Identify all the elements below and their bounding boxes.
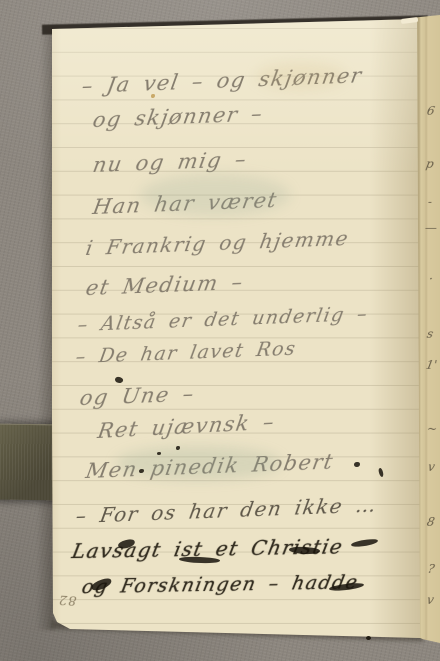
- facing-page-mark: v: [426, 593, 435, 607]
- smudge: [140, 174, 290, 216]
- manuscript-line: og Une –: [78, 381, 197, 410]
- facing-page-mark: 8: [426, 515, 436, 529]
- manuscript-line: Ret ujævnsk –: [96, 409, 277, 443]
- manuscript-line: og skjønner –: [91, 101, 265, 132]
- facing-page-mark: p: [425, 157, 435, 171]
- facing-page-mark: ~: [426, 422, 439, 436]
- facing-page-mark: ?: [427, 562, 436, 576]
- manuscript-line: et Medium –: [84, 270, 246, 300]
- manuscript-line: i Frankrig og hjemme: [84, 226, 351, 260]
- ink-blot: [114, 376, 124, 384]
- notebook-photo: 6 p - — · s 1' ~ v 8 ? v – Ja vel – og s…: [0, 0, 440, 661]
- cloth-tab: [0, 424, 60, 501]
- notebook-page: – Ja vel – og skjønner og skjønner – nu …: [46, 16, 422, 642]
- facing-page-mark: 1': [425, 358, 438, 372]
- facing-page-mark: 6: [426, 104, 436, 118]
- facing-page-mark: ·: [428, 272, 434, 286]
- ink-blot: [354, 462, 360, 467]
- manuscript-line: og Forskningen – hadde: [80, 571, 361, 598]
- smudge: [256, 62, 346, 90]
- facing-page-mark: -: [427, 195, 434, 209]
- ink-blot: [351, 538, 379, 548]
- manuscript-line: – For os har den ikke …: [74, 492, 379, 528]
- stain-speck: [151, 94, 155, 98]
- smudge: [116, 446, 281, 480]
- ink-blot: [378, 468, 385, 478]
- facing-page-mark: s: [426, 327, 435, 341]
- felt-speck: [366, 636, 371, 640]
- facing-page-mark: v: [427, 460, 436, 474]
- facing-page-mark: —: [424, 221, 438, 235]
- manuscript-line: – Altså er det underlig –: [76, 303, 370, 336]
- manuscript-line: nu og mig –: [91, 147, 249, 177]
- page-number: 82: [58, 592, 77, 608]
- manuscript-line: – De har lavet Ros: [74, 337, 298, 368]
